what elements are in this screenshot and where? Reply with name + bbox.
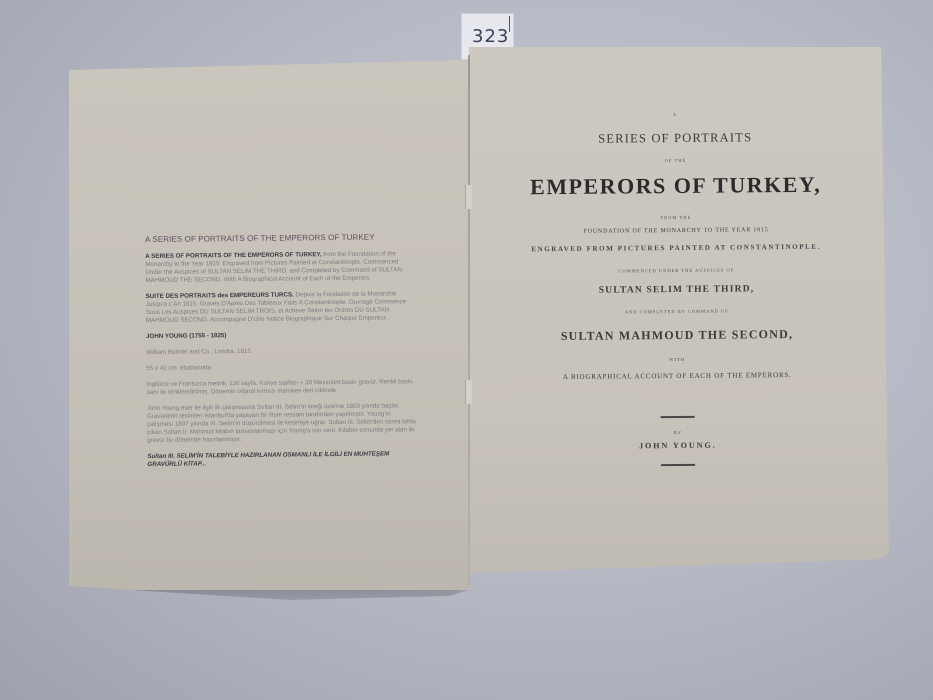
title-engraved: ENGRAVED FROM PICTURES PAINTED AT CONSTA…	[491, 242, 861, 253]
title-commenced: COMMENCED UNDER THE AUSPICES OF	[491, 266, 861, 274]
title-author: JOHN YOUNG.	[493, 439, 863, 451]
title-with: WITH	[492, 355, 862, 363]
rule-top	[661, 416, 695, 418]
dimensions-line: 55 x 41 cm. ebatlarında	[146, 362, 416, 373]
left-page-text: A SERIES OF PORTRAITS OF THE EMPERORS OF…	[145, 233, 418, 477]
title-of-the: OF THE	[490, 156, 860, 164]
publisher-line: William Bulmer and Co., Londra, 1815.	[146, 346, 416, 357]
lot-number: 323	[472, 26, 509, 47]
author-line: JOHN YOUNG (1755 - 1825)	[146, 330, 416, 341]
french-paragraph: SUITE DES PORTRAITS des EMPEREURS TURCS.…	[146, 290, 416, 325]
left-heading: A SERIES OF PORTRAITS OF THE EMPERORS OF…	[145, 233, 415, 244]
tag-mark	[509, 16, 510, 32]
title-page: A SERIES OF PORTRAITS OF THE EMPERORS OF…	[490, 110, 863, 467]
title-completed: AND COMPLETED BY COMMAND OF	[492, 307, 862, 315]
title-biographical: A BIOGRAPHICAL ACCOUNT OF EACH OF THE EM…	[492, 370, 862, 381]
spine-stitch	[465, 185, 472, 209]
rule-bottom	[661, 464, 695, 466]
closing-statement: Sultan III. SELİM'İN TALEBİYLE HAZIRLANA…	[147, 450, 417, 469]
booklet-spine	[468, 55, 470, 585]
history-paragraph: John Young eser ile ilgili ilk çalışması…	[147, 402, 417, 445]
author-name: JOHN YOUNG (1755 - 1825)	[146, 332, 226, 340]
title-emperors: EMPERORS OF TURKEY,	[491, 171, 861, 200]
title-by: BY	[493, 428, 863, 436]
title-from-the: FROM THE	[491, 213, 861, 221]
title-foundation: FOUNDATION OF THE MONARCHY TO THE YEAR 1…	[491, 226, 861, 235]
english-paragraph: A SERIES OF PORTRAITS OF THE EMPERORS OF…	[145, 250, 415, 285]
title-series: SERIES OF PORTRAITS	[490, 129, 860, 147]
spine-stitch	[465, 380, 472, 404]
title-mahmoud: SULTAN MAHMOUD THE SECOND,	[492, 326, 862, 344]
description-paragraph: İngilizce ve Fransızca metinli, 130 sayf…	[147, 378, 417, 397]
title-selim: SULTAN SELIM THE THIRD,	[492, 283, 862, 296]
